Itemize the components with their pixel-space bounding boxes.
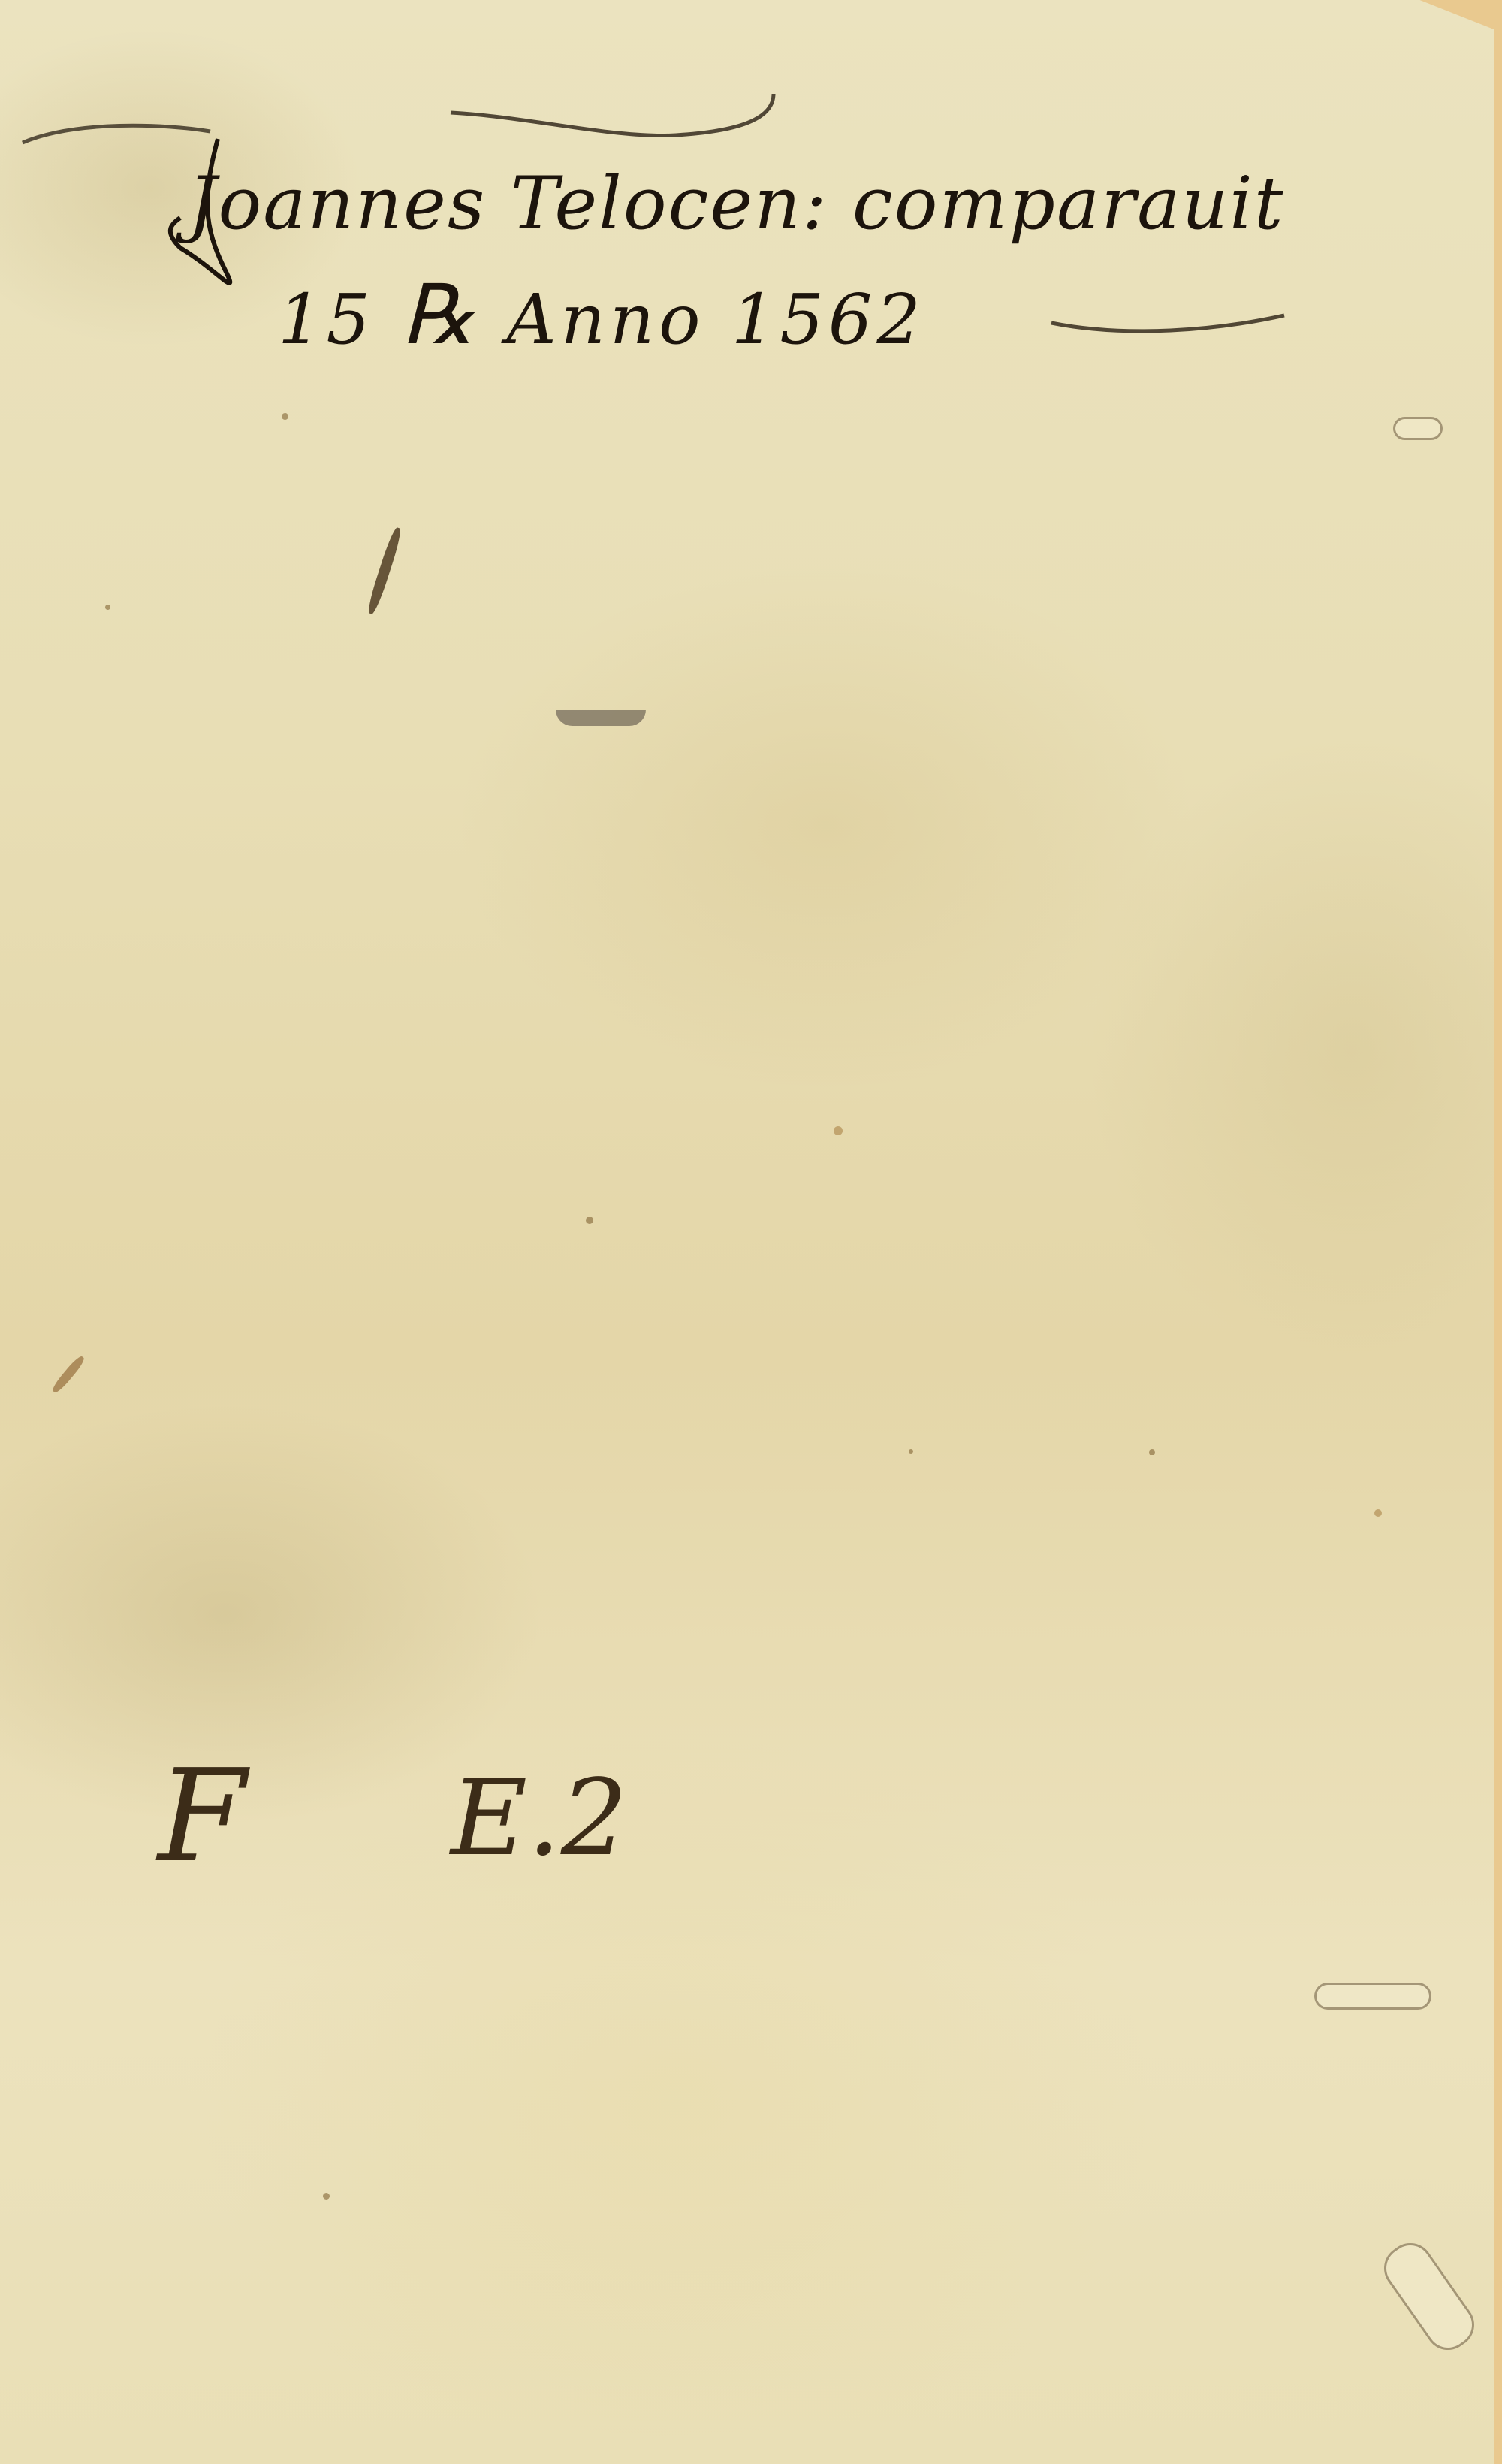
shelfmark-code: E.2 xyxy=(451,1757,628,1880)
paper-tear xyxy=(1314,1983,1431,2010)
ink-curve-mark xyxy=(556,710,646,726)
paper-speck xyxy=(1149,1449,1155,1455)
paper-speck xyxy=(105,605,110,610)
ink-stroke-mark xyxy=(50,1354,86,1395)
ink-stroke-mark xyxy=(366,526,403,615)
paper-speck xyxy=(1374,1509,1382,1517)
paper-tear xyxy=(1375,2234,1483,2359)
inscription-line-1: Joannes Telocen: comparauit xyxy=(188,161,1284,246)
paper-speck xyxy=(834,1126,843,1135)
inscription-line-2: 15 ℞ Anno 1562 xyxy=(278,267,925,363)
inscription-number: 15 xyxy=(278,279,375,360)
paper-speck xyxy=(282,413,288,420)
paper-tear xyxy=(1393,417,1443,440)
paper-speck xyxy=(909,1449,913,1454)
inscription-date: Anno 1562 xyxy=(506,279,925,360)
paper-speck xyxy=(323,2193,330,2200)
paper-speck xyxy=(586,1217,593,1224)
manuscript-page: Joannes Telocen: comparauit 15 ℞ Anno 15… xyxy=(0,0,1494,2464)
shelfmark-letter: F xyxy=(158,1742,246,1891)
inscription-symbol: ℞ xyxy=(401,267,480,363)
